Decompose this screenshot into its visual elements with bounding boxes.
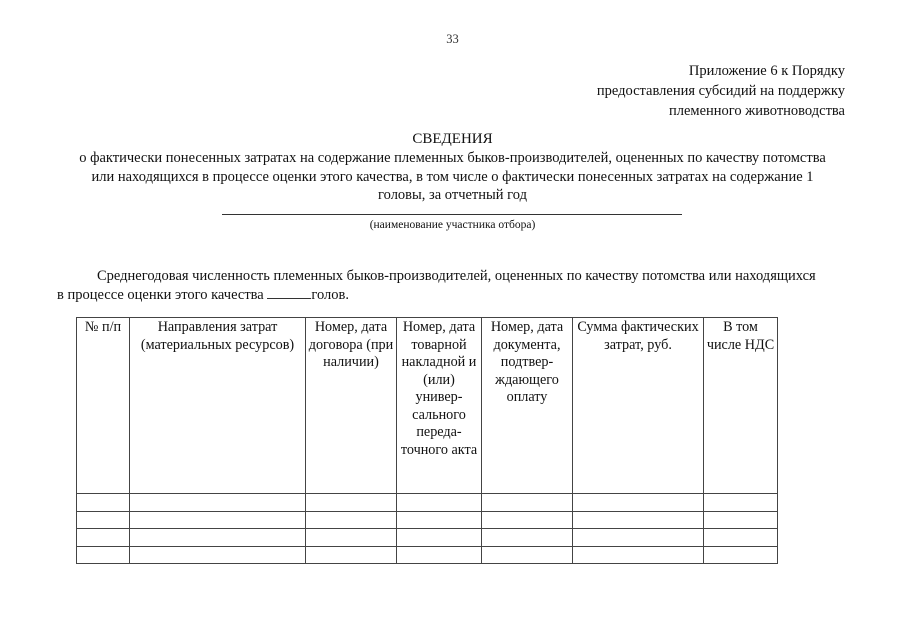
table-cell[interactable] bbox=[77, 529, 130, 547]
column-header-contract: Номер, дата договора (при наличии) bbox=[306, 318, 397, 494]
subtitle-line: головы, за отчетный год bbox=[55, 186, 850, 205]
headcount-unit: голов. bbox=[311, 287, 349, 303]
participant-name-caption: (наименование участника отбора) bbox=[0, 219, 905, 231]
table-cell[interactable] bbox=[704, 546, 778, 564]
expenses-table: № п/п Направления затрат (материальных р… bbox=[76, 317, 778, 564]
table-cell[interactable] bbox=[704, 511, 778, 529]
appendix-reference: Приложение 6 к Порядку предоставления су… bbox=[597, 61, 845, 121]
table-cell[interactable] bbox=[130, 511, 306, 529]
headcount-paragraph: Среднегодовая численность племенных быко… bbox=[57, 267, 817, 305]
table-row bbox=[77, 494, 778, 512]
table-cell[interactable] bbox=[130, 494, 306, 512]
table-cell[interactable] bbox=[77, 511, 130, 529]
table-row bbox=[77, 529, 778, 547]
table-cell[interactable] bbox=[77, 546, 130, 564]
table-cell[interactable] bbox=[482, 529, 573, 547]
table-cell[interactable] bbox=[482, 511, 573, 529]
table-cell[interactable] bbox=[306, 494, 397, 512]
table-cell[interactable] bbox=[573, 494, 704, 512]
column-header-expense-direction: Направления затрат (материальных ресурсо… bbox=[130, 318, 306, 494]
table-cell[interactable] bbox=[704, 529, 778, 547]
table-cell[interactable] bbox=[482, 546, 573, 564]
column-header-payment-document: Номер, дата документа, подтвер-ждающего … bbox=[482, 318, 573, 494]
page-number: 33 bbox=[0, 32, 905, 47]
table-row bbox=[77, 546, 778, 564]
table-cell[interactable] bbox=[130, 546, 306, 564]
document-title: СВЕДЕНИЯ bbox=[0, 130, 905, 148]
table-cell[interactable] bbox=[573, 546, 704, 564]
subtitle-line: о фактически понесенных затратах на соде… bbox=[55, 149, 850, 168]
appendix-line: племенного животноводства bbox=[597, 101, 845, 121]
document-subtitle: о фактически понесенных затратах на соде… bbox=[55, 149, 850, 205]
table-cell[interactable] bbox=[704, 494, 778, 512]
participant-name-field[interactable] bbox=[222, 214, 682, 215]
appendix-line: Приложение 6 к Порядку bbox=[597, 61, 845, 81]
column-header-vat: В том числе НДС bbox=[704, 318, 778, 494]
table-cell[interactable] bbox=[573, 529, 704, 547]
table-cell[interactable] bbox=[482, 494, 573, 512]
column-header-invoice: Номер, дата товарной накладной и (или) у… bbox=[397, 318, 482, 494]
subtitle-line: или находящихся в процессе оценки этого … bbox=[55, 168, 850, 187]
table-cell[interactable] bbox=[130, 529, 306, 547]
table-cell[interactable] bbox=[397, 511, 482, 529]
table-cell[interactable] bbox=[573, 511, 704, 529]
table-cell[interactable] bbox=[397, 494, 482, 512]
table-header-row: № п/п Направления затрат (материальных р… bbox=[77, 318, 778, 494]
table-cell[interactable] bbox=[306, 529, 397, 547]
column-header-amount: Сумма фактических затрат, руб. bbox=[573, 318, 704, 494]
appendix-line: предоставления субсидий на поддержку bbox=[597, 81, 845, 101]
table-cell[interactable] bbox=[77, 494, 130, 512]
column-header-number: № п/п bbox=[77, 318, 130, 494]
table-cell[interactable] bbox=[306, 511, 397, 529]
table-row bbox=[77, 511, 778, 529]
headcount-text: Среднегодовая численность племенных быко… bbox=[57, 268, 816, 303]
headcount-field[interactable] bbox=[267, 286, 311, 299]
table-cell[interactable] bbox=[397, 546, 482, 564]
table-cell[interactable] bbox=[306, 546, 397, 564]
table-cell[interactable] bbox=[397, 529, 482, 547]
